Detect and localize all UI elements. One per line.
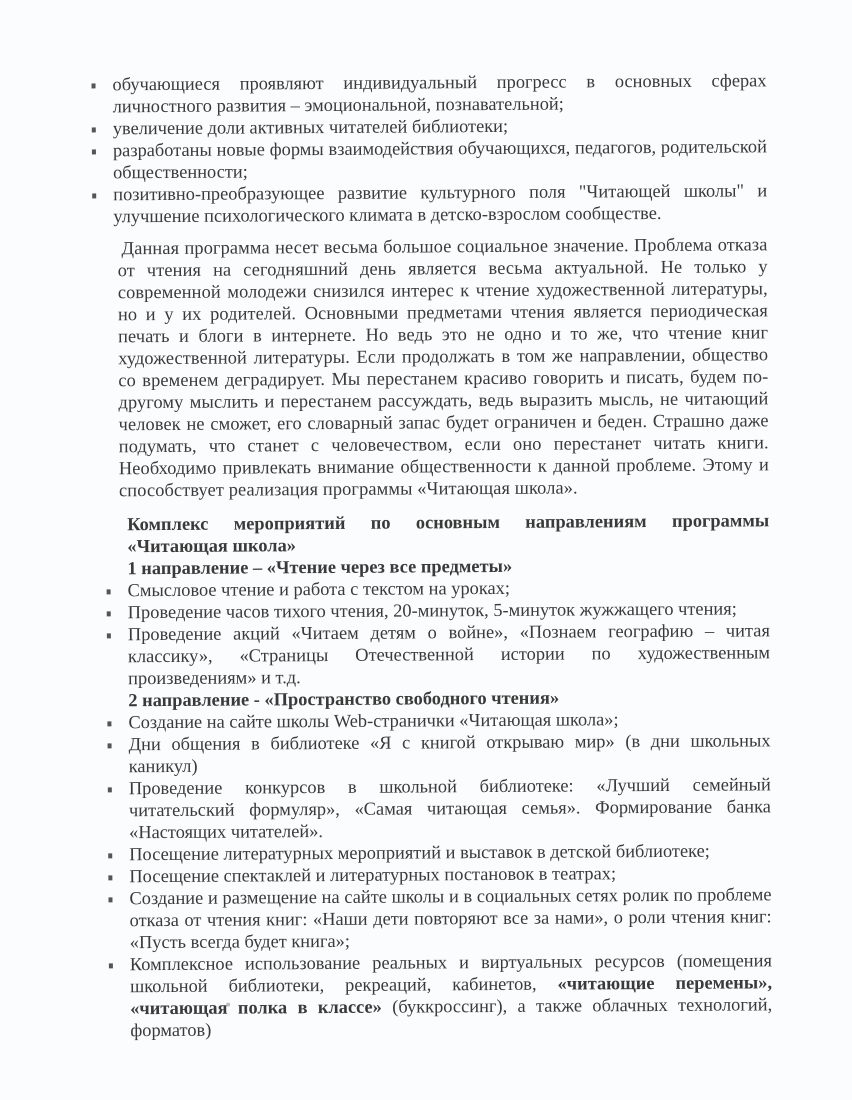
section-heading: Комплекс мероприятий по основным направл…	[115, 509, 769, 557]
scan-artifact	[226, 1003, 230, 1007]
list-item: Дни общения в библиотеке «Я с книгой отк…	[128, 729, 770, 777]
direction-1-list: Смысловое чтение и работа с текстом на у…	[116, 575, 771, 689]
document-page: обучающиеся проявляют индивидуальный про…	[0, 0, 852, 1100]
list-item: Создание и размещение на сайте школы и в…	[129, 883, 771, 953]
list-item: Проведение конкурсов в школьной библиоте…	[129, 773, 771, 843]
outcomes-list: обучающиеся проявляют индивидуальный про…	[112, 69, 767, 227]
list-item: Проведение акций «Читаем детям о войне»,…	[128, 619, 770, 689]
list-item: позитивно-преобразующее развитие культур…	[113, 179, 767, 227]
body-paragraph: Данная программа несет весьма большое со…	[117, 233, 769, 501]
list-item: разработаны новые формы взаимодействия о…	[113, 135, 767, 183]
direction-2-list: Создание на сайте школы Web-странички «Ч…	[116, 707, 772, 1041]
list-item: Комплексное использование реальных и вир…	[130, 949, 773, 1041]
list-item: обучающиеся проявляют индивидуальный про…	[112, 69, 766, 117]
